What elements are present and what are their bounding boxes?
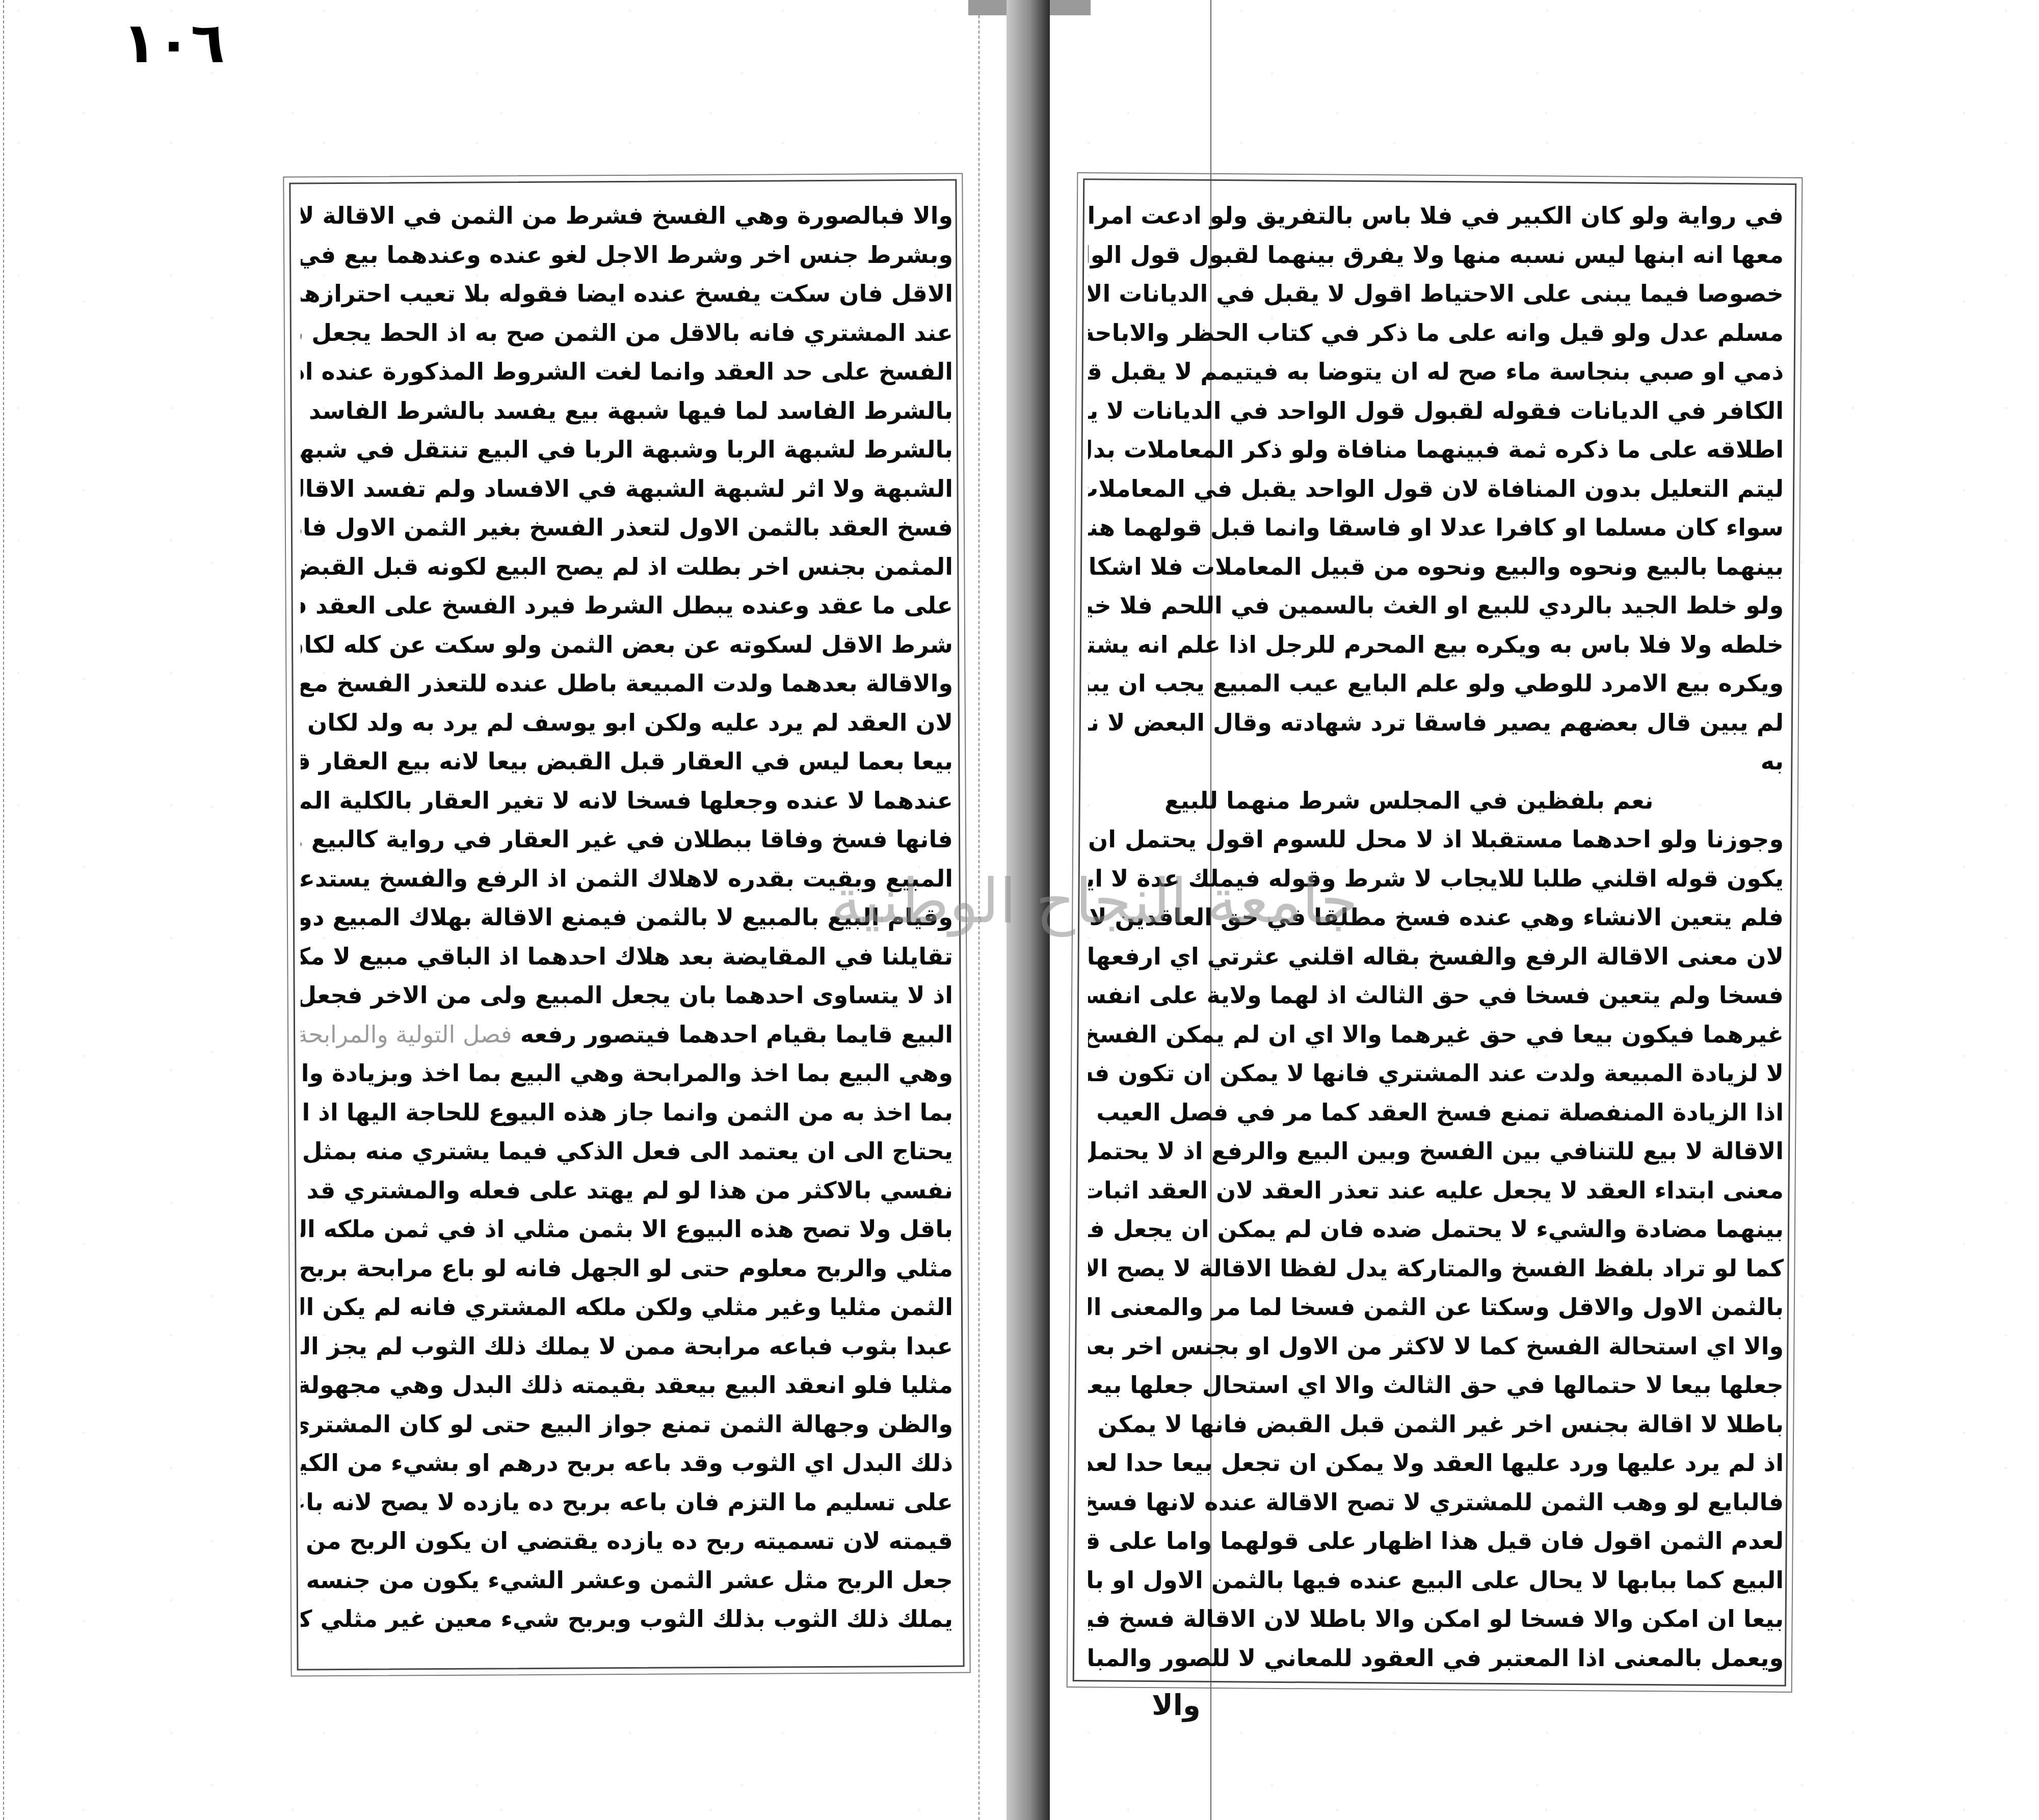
text-line: يحتاج الى ان يعتمد الى فعل الذكي فيما يش… xyxy=(301,1132,953,1171)
text-line: على تسليم ما التزم فان باعه بربح ده يازد… xyxy=(301,1483,953,1522)
text-line: والاقالة بعدهما ولدت المبيعة باطل عنده ل… xyxy=(301,664,953,703)
text-line: الشبهة ولا اثر لشبهة الشبهة في الافساد و… xyxy=(301,469,953,508)
text-line: بما اخذ به من الثمن وانما جاز هذه البيوع… xyxy=(301,1093,953,1132)
text-line: فالبايع لو وهب الثمن للمشتري لا تصح الاق… xyxy=(1088,1483,1784,1522)
left-page-outer-edge xyxy=(3,0,6,1820)
text-line: فسخ العقد بالثمن الاول لتعذر الفسخ بغير … xyxy=(301,508,953,547)
text-line: فانها فسخ وفاقا ببطلان في غير العقار في … xyxy=(301,820,953,859)
text-line: نعم بلفظين في المجلس شرط منهما للبيع xyxy=(1088,781,1784,820)
text-line: لم يبين قال بعضهم يصير فاسقا ترد شهادته … xyxy=(1088,703,1784,742)
text-line: المثمن بجنس اخر بطلت اذ لم يصح البيع لكو… xyxy=(301,547,953,586)
text-line: جعلها بيعا لا حتمالها في حق الثالث والا … xyxy=(1088,1366,1784,1405)
text-line-with-heading: البيع قايما بقيام احدهما فيتصور رفعه فصل… xyxy=(301,1015,953,1054)
text-line: ويكره بيع الامرد للوطي ولو علم البايع عي… xyxy=(1088,664,1784,703)
text-line: لا لزيادة المبيعة ولدت عند المشتري فانها… xyxy=(1088,1054,1784,1093)
text-line: اذ لا يتساوى احدهما بان يجعل المبيع ولى … xyxy=(301,976,953,1015)
text-line: المبيع وبقيت بقدره لاهلاك الثمن اذ الرفع… xyxy=(301,859,953,898)
text-line: اذ لم يرد عليها ورد عليها العقد ولا يمكن… xyxy=(1088,1443,1784,1483)
right-page-text: في رواية ولو كان الكبير في فلا باس بالتف… xyxy=(1088,196,1784,1677)
text-line: باطلا لا اقالة بجنس اخر غير الثمن قبل ال… xyxy=(1088,1405,1784,1444)
text-line: البيع قايما بقيام احدهما فيتصور رفعه xyxy=(520,1021,953,1048)
catchword: والا xyxy=(1152,1689,1201,1722)
text-line: يملك ذلك الثوب بذلك الثوب وبربح شيء معين… xyxy=(301,1599,953,1639)
text-line: بيعا ان امكن والا فسخا لو امكن والا باطل… xyxy=(1088,1599,1784,1639)
text-line: الاقل فان سكت يفسخ عنده ايضا فقوله بلا ت… xyxy=(301,274,953,313)
text-line: لان معنى الاقالة الرفع والفسخ بقاله اقلن… xyxy=(1088,937,1784,976)
text-line: ويعمل بالمعنى اذا المعتبر في العقود للمع… xyxy=(1088,1639,1784,1678)
text-line: عندهما لا عنده وجعلها فسخا لانه لا تغير … xyxy=(301,781,953,820)
text-line: خلطه ولا فلا باس به ويكره بيع المحرم للر… xyxy=(1088,625,1784,664)
text-line: ذلك البدل اي الثوب وقد باعه بربح درهم او… xyxy=(301,1443,953,1483)
text-line: اطلاقه على ما ذكره ثمة فبينهما منافاة ول… xyxy=(1088,430,1784,469)
text-line: معها انه ابنها ليس نسبه منها ولا يفرق بي… xyxy=(1088,235,1784,275)
text-line: بالشرط لشبهة الربا وشبهة الربا في البيع … xyxy=(301,430,953,469)
text-line: عبدا بثوب فباعه مرابحة ممن لا يملك ذلك ا… xyxy=(301,1327,953,1366)
text-line: مثليا فلو انعقد البيع بيعقد بقيمته ذلك ا… xyxy=(301,1366,953,1405)
text-line: جعل الربح مثل عشر الثمن وعشر الشيء يكون … xyxy=(301,1561,953,1600)
section-heading: فصل التولية والمرابحة xyxy=(301,1021,512,1048)
text-line: عند المشتري فانه بالاقل من الثمن صح به ا… xyxy=(301,313,953,353)
text-line: كما لو تراد بلفظ الفسخ والمتاركة يدل لفظ… xyxy=(1088,1249,1784,1288)
left-page-inner-edge xyxy=(978,0,981,1820)
text-line: معنى ابتداء العقد لا يجعل عليه عند تعذر … xyxy=(1088,1171,1784,1210)
text-line: قيمته لان تسميته ربح ده يازده يقتضي ان ي… xyxy=(301,1521,953,1561)
text-line: بينهما بالبيع ونحوه والبيع ونحوه من قبيل… xyxy=(1088,547,1784,586)
text-line: على ما عقد وعنده يبطل الشرط فيرد الفسخ ع… xyxy=(301,586,953,625)
page-number: ١٠٦ xyxy=(122,10,225,75)
text-line: غيرهما فيكون بيعا في حق غيرهما والا اي ا… xyxy=(1088,1015,1784,1054)
text-line: لعدم الثمن اقول فان قيل هذا اظهار على قو… xyxy=(1088,1521,1784,1561)
text-line: خصوصا فيما يبنى على الاحتياط اقول لا يقب… xyxy=(1088,274,1784,313)
text-line: وبشرط جنس اخر وشرط الاجل لغو عنده وعندهم… xyxy=(301,235,953,275)
left-page-text: والا فبالصورة وهي الفسخ فشرط من الثمن في… xyxy=(301,196,953,1639)
text-line: البيع كما ببابها لا يحال على البيع عنده … xyxy=(1088,1561,1784,1600)
text-line: نفسي بالاكثر من هذا لو لم يهتد على فعله … xyxy=(301,1171,953,1210)
text-line: بالشرط الفاسد لما فيها شبهة بيع يفسد بال… xyxy=(301,391,953,431)
text-line: فلم يتعين الانشاء وهي عنده فسخ مطلقا في … xyxy=(1088,898,1784,937)
text-line: باقل ولا تصح هذه البيوع الا بثمن مثلي اذ… xyxy=(301,1210,953,1249)
text-line: مسلم عدل ولو قيل وانه على ما ذكر في كتاب… xyxy=(1088,313,1784,353)
text-line: والا فبالصورة وهي الفسخ فشرط من الثمن في… xyxy=(301,196,953,235)
text-line: سواء كان مسلما او كافرا عدلا او فاسقا وا… xyxy=(1088,508,1784,547)
text-line: الكافر في الديانات فقوله لقبول قول الواح… xyxy=(1088,391,1784,431)
text-line: والا اي استحالة الفسخ كما لا لاكثر من ال… xyxy=(1088,1327,1784,1366)
text-line: يكون قوله اقلني طلبا للايجاب لا شرط وقول… xyxy=(1088,859,1784,898)
text-line: تقايلنا في المقايضة بعد هلاك احدهما اذ ا… xyxy=(301,937,953,976)
text-line: مثلي والربح معلوم حتى لو الجهل فانه لو ب… xyxy=(301,1249,953,1288)
text-line: ليتم التعليل بدون المنافاة لان قول الواح… xyxy=(1088,469,1784,508)
text-line: والظن وجهالة الثمن تمنع جواز البيع حتى ل… xyxy=(301,1405,953,1444)
book-gutter xyxy=(1007,0,1050,1820)
text-line: الثمن مثليا وغير مثلي ولكن ملكه المشتري … xyxy=(301,1288,953,1327)
text-line: به xyxy=(1088,742,1784,781)
text-line: بالثمن الاول والاقل وسكتا عن الثمن فسخا … xyxy=(1088,1288,1784,1327)
text-line: الاقالة لا بيع للتنافي بين الفسخ وبين ال… xyxy=(1088,1132,1784,1171)
text-line: وقيام البيع بالمبيع لا بالثمن فيمنع الاق… xyxy=(301,898,953,937)
text-line: وهي البيع بما اخذ والمرابحة وهي البيع بم… xyxy=(301,1054,953,1093)
text-line: وجوزنا ولو احدهما مستقبلا اذ لا محل للسو… xyxy=(1088,820,1784,859)
text-line: شرط الاقل لسكوته عن بعض الثمن ولو سكت عن… xyxy=(301,625,953,664)
text-line: فسخا ولم يتعين فسخا في حق الثالث اذ لهما… xyxy=(1088,976,1784,1015)
text-line: بيعا بعما ليس في العقار قبل القبض بيعا ل… xyxy=(301,742,953,781)
text-line: ذمي او صبي بنجاسة ماء صح له ان يتوضا به … xyxy=(1088,352,1784,391)
text-line: الفسخ على حد العقد وانما لغت الشروط المذ… xyxy=(301,352,953,391)
text-line: في رواية ولو كان الكبير في فلا باس بالتف… xyxy=(1088,196,1784,235)
text-line: ولو خلط الجيد بالردي للبيع او الغث بالسم… xyxy=(1088,586,1784,625)
text-line: اذا الزيادة المنفصلة تمنع فسخ العقد كما … xyxy=(1088,1093,1784,1132)
text-line: لان العقد لم يرد عليه ولكن ابو يوسف لم ي… xyxy=(301,703,953,742)
text-line: بينهما مضادة والشيء لا يحتمل ضده فان لم … xyxy=(1088,1210,1784,1249)
